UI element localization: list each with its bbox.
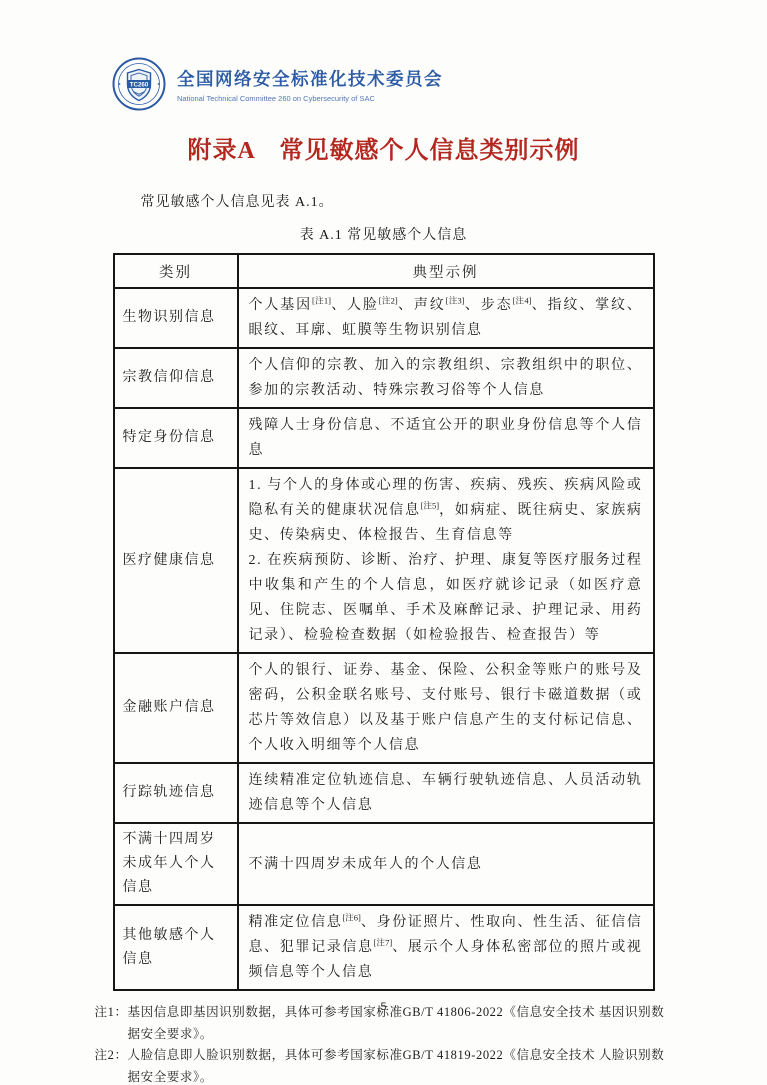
column-header-category: 类别 bbox=[114, 254, 238, 288]
intro-paragraph: 常见敏感个人信息见表 A.1。 bbox=[113, 191, 655, 211]
footnote-marker: [注1] bbox=[312, 295, 331, 305]
table-row: 其他敏感个人信息精准定位信息[注6]、身份证照片、性取向、性生活、征信信息、犯罪… bbox=[114, 905, 654, 990]
table-row: 生物识别信息个人基因[注1]、人脸[注2]、声纹[注3]、步态[注4]、指纹、掌… bbox=[114, 288, 654, 348]
seal-label: TC260 bbox=[130, 81, 149, 88]
footnote-marker: [注5] bbox=[421, 500, 440, 510]
category-cell: 医疗健康信息 bbox=[114, 468, 238, 653]
document-page: TC260 全国网络安全标准化技术委员会 National Technical … bbox=[0, 0, 767, 1085]
footnote-marker: [注7] bbox=[374, 937, 393, 947]
table-row: 行踪轨迹信息连续精准定位轨迹信息、车辆行驶轨迹信息、人员活动轨迹信息等个人信息 bbox=[114, 763, 654, 823]
footnote-marker: [注2] bbox=[379, 295, 398, 305]
table-row: 特定身份信息残障人士身份信息、不适宜公开的职业身份信息等个人信息 bbox=[114, 408, 654, 468]
category-cell: 特定身份信息 bbox=[114, 408, 238, 468]
table-header: 类别 典型示例 bbox=[114, 254, 654, 288]
category-cell: 不满十四周岁未成年人个人信息 bbox=[114, 823, 238, 905]
example-cell: 不满十四周岁未成年人的个人信息 bbox=[238, 823, 654, 905]
table-row: 不满十四周岁未成年人个人信息不满十四周岁未成年人的个人信息 bbox=[114, 823, 654, 905]
table-row: 宗教信仰信息个人信仰的宗教、加入的宗教组织、宗教组织中的职位、参加的宗教活动、特… bbox=[114, 348, 654, 408]
footnote-marker: [注6] bbox=[342, 912, 361, 922]
footnote-label: 注2： bbox=[95, 1045, 128, 1067]
footnotes: 注1： 基因信息即基因识别数据，具体可参考国家标准GB/T 41806-2022… bbox=[95, 1002, 673, 1085]
sensitive-info-table: 类别 典型示例 生物识别信息个人基因[注1]、人脸[注2]、声纹[注3]、步态[… bbox=[113, 253, 655, 991]
footnote-2: 注2： 人脸信息即人脸识别数据，具体可参考国家标准GB/T 41819-2022… bbox=[95, 1045, 673, 1085]
example-cell: 连续精准定位轨迹信息、车辆行驶轨迹信息、人员活动轨迹信息等个人信息 bbox=[238, 763, 654, 823]
table-row: 金融账户信息个人的银行、证券、基金、保险、公积金等账户的账号及密码，公积金联名账… bbox=[114, 653, 654, 763]
org-name-en: National Technical Committee 260 on Cybe… bbox=[177, 94, 443, 103]
example-cell: 1. 与个人的身体或心理的伤害、疾病、残疾、疾病风险或隐私有关的健康状况信息[注… bbox=[238, 468, 654, 653]
example-cell: 精准定位信息[注6]、身份证照片、性取向、性生活、征信信息、犯罪记录信息[注7]… bbox=[238, 905, 654, 990]
committee-header: TC260 全国网络安全标准化技术委员会 National Technical … bbox=[112, 56, 767, 112]
org-name-cn: 全国网络安全标准化技术委员会 bbox=[177, 66, 443, 91]
table-caption: 表 A.1 常见敏感个人信息 bbox=[0, 224, 767, 244]
tc260-seal-icon: TC260 bbox=[112, 57, 166, 111]
footnote-text: 人脸信息即人脸识别数据，具体可参考国家标准GB/T 41819-2022《信息安… bbox=[128, 1048, 665, 1084]
footnote-marker: [注3] bbox=[446, 295, 465, 305]
category-cell: 金融账户信息 bbox=[114, 653, 238, 763]
category-cell: 其他敏感个人信息 bbox=[114, 905, 238, 990]
header-row: 类别 典型示例 bbox=[114, 254, 654, 288]
category-cell: 生物识别信息 bbox=[114, 288, 238, 348]
footnote-marker: [注4] bbox=[512, 295, 531, 305]
category-cell: 行踪轨迹信息 bbox=[114, 763, 238, 823]
page-number: 5 bbox=[0, 1001, 767, 1013]
appendix-title: 附录A 常见敏感个人信息类别示例 bbox=[0, 130, 767, 165]
example-cell: 残障人士身份信息、不适宜公开的职业身份信息等个人信息 bbox=[238, 408, 654, 468]
table-row: 医疗健康信息1. 与个人的身体或心理的伤害、疾病、残疾、疾病风险或隐私有关的健康… bbox=[114, 468, 654, 653]
example-cell: 个人的银行、证券、基金、保险、公积金等账户的账号及密码，公积金联名账号、支付账号… bbox=[238, 653, 654, 763]
category-cell: 宗教信仰信息 bbox=[114, 348, 238, 408]
column-header-example: 典型示例 bbox=[238, 254, 654, 288]
example-cell: 个人基因[注1]、人脸[注2]、声纹[注3]、步态[注4]、指纹、掌纹、眼纹、耳… bbox=[238, 288, 654, 348]
org-name-block: 全国网络安全标准化技术委员会 National Technical Commit… bbox=[177, 66, 443, 103]
example-cell: 个人信仰的宗教、加入的宗教组织、宗教组织中的职位、参加的宗教活动、特殊宗教习俗等… bbox=[238, 348, 654, 408]
table-body: 生物识别信息个人基因[注1]、人脸[注2]、声纹[注3]、步态[注4]、指纹、掌… bbox=[114, 288, 654, 990]
